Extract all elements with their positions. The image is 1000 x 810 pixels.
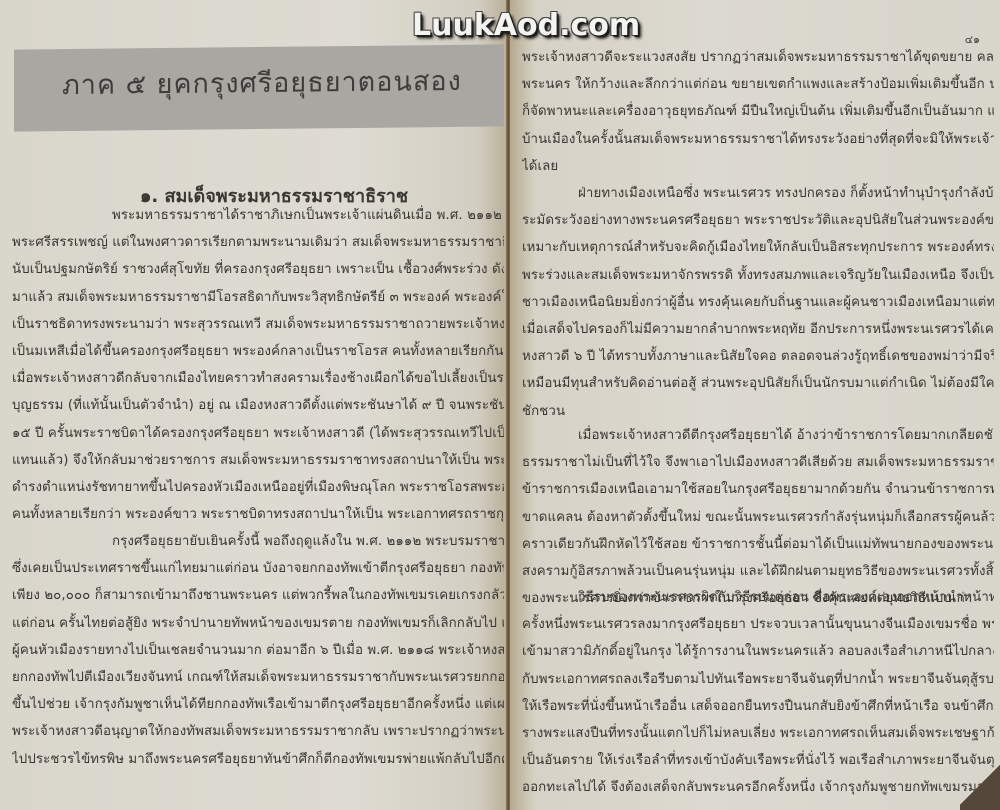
text-line: เพียง ๒๐,๐๐๐ ก็สามารถเข้ามาถึงชานพระนคร … [12, 582, 504, 609]
text-line: ยกกองทัพไปตีเมืองเวียงจันทน์ เกณฑ์ให้สมเ… [12, 664, 504, 691]
text-line: วิธีรบของพระนเรศวรผิดกับวิธีรบแต่ก่อน คื… [522, 584, 994, 611]
text-line: มาแล้ว สมเด็จพระมหาธรรมราชามีโอรสธิดากับ… [12, 284, 504, 311]
text-line: ฝ่ายทางเมืองเหนือซึ่ง พระนเรศวร ทรงปกครอ… [522, 180, 994, 207]
text-line: แต่ก่อน ครั้นไทยต่อสู้ยิง พระจำปานายทัพห… [12, 610, 504, 637]
right-paragraph-1: พระเจ้าหงสาวดีจะระแวงสงสัย ปรากฏว่าสมเด็… [522, 44, 994, 180]
text-line: สงครามกู้อิสรภาพล้วนเป็นคนรุ่นหนุ่ม และไ… [522, 558, 994, 585]
text-line: เป็นอันตราย ให้เร่งเรือลำที่ทรงเข้าบังคั… [522, 747, 994, 774]
text-line: ครั้งหนึ่งพระนเรศวรลงมากรุงศรีอยุธยา ประ… [522, 611, 994, 638]
text-line: ได้เลย [522, 153, 994, 180]
text-line: ให้เรือพระที่นั่งขึ้นหน้าเรืออื่น เสด็จอ… [522, 693, 994, 720]
page-corner-shadow [960, 760, 1000, 810]
text-line: พระร่วงและสมเด็จพระมหาจักรพรรดิ ทั้งทรงส… [522, 262, 994, 289]
text-line: เมื่อเสด็จไปครองก็ไม่มีความยากลำบากพระหฤ… [522, 316, 994, 343]
part-title-banner: ภาค ๕ ยุคกรุงศรีอยุธยาตอนสอง [14, 44, 504, 131]
text-line: บุญธรรม (ที่แท้นั้นเป็นตัวจำนำ) อยู่ ณ เ… [12, 392, 504, 419]
text-line: ก็จัดพาหนะและเครื่องอาวุธยุทธภัณฑ์ มีปืน… [522, 98, 994, 125]
text-line: ธรรมราชาไม่เป็นที่ไว้ใจ จึงพาเอาไปเมืองห… [522, 449, 994, 476]
text-line: พระนคร ให้กว้างและลึกกว่าแต่ก่อน ขยายเขต… [522, 71, 994, 98]
text-line: กรุงศรีอยุธยายับเยินครั้งนี้ พอถึงฤดูแล้… [12, 528, 504, 555]
text-line: นับเป็นปฐมกษัตริย์ ราชวงศ์สุโขทัย ที่ครอ… [12, 256, 504, 283]
text-line: เมื่อพระเจ้าหงสาวดีกลับจากเมืองไทยคราวทำ… [12, 365, 504, 392]
text-line: ขึ้นไปช่วย เจ้ากรุงกัมพูชาเห็นได้ทียกกอง… [12, 691, 504, 718]
right-page: ๔๑ พระเจ้าหงสาวดีจะระแวงสงสัย ปรากฏว่าสม… [510, 0, 1000, 810]
text-line: ดำรงตำแหน่งรัชทายาทขึ้นไปครองหัวเมืองเหน… [12, 474, 504, 501]
text-line: เข้ามาสวามิภักดิ์อยู่ในกรุง ได้รู้การงาน… [522, 638, 994, 665]
text-line: พระศรีสรรเพชญ์ แต่ในพงศาวดารเรียกตามพระน… [12, 229, 504, 256]
text-line: เหมือนมีทุนสำหรับคิดอ่านต่อสู้ ส่วนพระอุ… [522, 370, 994, 397]
text-line: ชาวเมืองเหนือนิยมยิ่งกว่าผู้อื่น ทรงคุ้น… [522, 289, 994, 316]
text-line: ข้าราชการเมืองเหนือเอามาใช้สอยในกรุงศรีอ… [522, 476, 994, 503]
open-book-spread: ภาค ๕ ยุคกรุงศรีอยุธยาตอนสอง ๑. สมเด็จพร… [0, 0, 1000, 810]
right-paragraph-4: วิธีรบของพระนเรศวรผิดกับวิธีรบแต่ก่อน คื… [522, 584, 994, 802]
text-line: กับพระเอกาทศรถลงเรือรีบตามไปทันเรือพระยา… [522, 666, 994, 693]
left-paragraph-2: กรุงศรีอยุธยายับเยินครั้งนี้ พอถึงฤดูแล้… [12, 528, 504, 773]
text-line: พระเจ้าหงสาวดีอนุญาตให้กองทัพสมเด็จพระมห… [12, 718, 504, 745]
text-line: ชักชวน [522, 398, 994, 425]
text-line: ออกทะเลไปได้ จึงต้องเสด็จกลับพระนครอีกคร… [522, 774, 994, 801]
left-page: ภาค ๕ ยุคกรุงศรีอยุธยาตอนสอง ๑. สมเด็จพร… [0, 0, 508, 810]
text-line: คราวเดียวกันฝึกหัดไว้ใช้สอย ข้าราชการชั้… [522, 531, 994, 558]
text-line: พระเจ้าหงสาวดีจะระแวงสงสัย ปรากฏว่าสมเด็… [522, 44, 994, 71]
text-line: เหมาะกับเหตุการณ์สำหรับจะคิดกู้เมืองไทยใ… [522, 234, 994, 261]
text-line: ไปประชวรไข้ทรพิษ มาถึงพระนครศรีอยุธยาทัน… [12, 746, 504, 773]
text-line: พระมหาธรรมราชาได้ราชาภิเษกเป็นพระเจ้าแผ่… [12, 202, 504, 229]
watermark-logo: LuukAod.com [412, 8, 642, 48]
left-paragraph-1: พระมหาธรรมราชาได้ราชาภิเษกเป็นพระเจ้าแผ่… [12, 202, 504, 528]
text-line: ซึ่งเคยเป็นประเทศราชขึ้นแก่ไทยมาแต่ก่อน … [12, 555, 504, 582]
text-line: เป็นมเหสีเมื่อได้ขึ้นครองกรุงศรีอยุธยา พ… [12, 338, 504, 365]
text-line: ระมัดระวังอย่างทางพระนครศรีอยุธยา พระราช… [522, 207, 994, 234]
text-line: เมื่อพระเจ้าหงสาวดีตีกรุงศรีอยุธยาได้ อ้… [522, 422, 994, 449]
text-line: บ้านเมืองในครั้งนั้นสมเด็จพระมหาธรรมราชา… [522, 126, 994, 153]
right-paragraph-2: ฝ่ายทางเมืองเหนือซึ่ง พระนเรศวร ทรงปกครอ… [522, 180, 994, 425]
text-line: ๑๕ ปี ครั้นพระราชบิดาได้ครองกรุงศรีอยุธย… [12, 420, 504, 447]
text-line: แทนแล้ว) จึงให้กลับมาช่วยราชการ สมเด็จพร… [12, 447, 504, 474]
text-line: หงสาวดี ๖ ปี ได้ทราบทั้งภาษาและนิสัยใจคอ… [522, 343, 994, 370]
text-line: เป็นราชธิดาทรงพระนามว่า พระสุวรรณเทวี สม… [12, 311, 504, 338]
text-line: รางพระแสงปืนที่ทรงนั้นแตกไปก็ไม่หลบเลี่ย… [522, 720, 994, 747]
text-line: ขาดแคลน ต้องหาตัวตั้งขึ้นใหม่ ขณะนั้นพระ… [522, 504, 994, 531]
part-title: ภาค ๕ ยุคกรุงศรีอยุธยาตอนสอง [62, 59, 462, 106]
text-line: คนทั้งหลายเรียกว่า พระองค์ขาว พระราชบิดา… [12, 501, 504, 528]
text-line: ผู้คนหัวเมืองรายทางไปเป็นเชลยจำนวนมาก ต่… [12, 637, 504, 664]
